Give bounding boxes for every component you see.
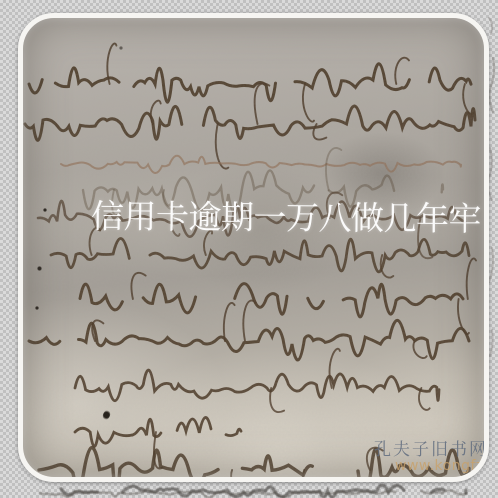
ink-speck [35, 306, 39, 310]
cropped-handwriting-edge [38, 482, 468, 498]
ink-speck [37, 266, 42, 271]
manuscript-photo: 信用卡逾期一万八做几年牢 孔夫子旧书网 www.kongfz.com [18, 13, 489, 482]
ink-speck [119, 46, 123, 50]
watermark-site-url: www.kongfz.com [395, 458, 489, 474]
watermark-site-name: 孔夫子旧书网 [374, 435, 488, 460]
manuscript-handwriting [23, 18, 484, 477]
ink-speck [43, 208, 47, 212]
image-canvas: 信用卡逾期一万八做几年牢 孔夫子旧书网 www.kongfz.com [0, 0, 498, 498]
caption-text: 信用卡逾期一万八做几年牢 [91, 191, 481, 241]
